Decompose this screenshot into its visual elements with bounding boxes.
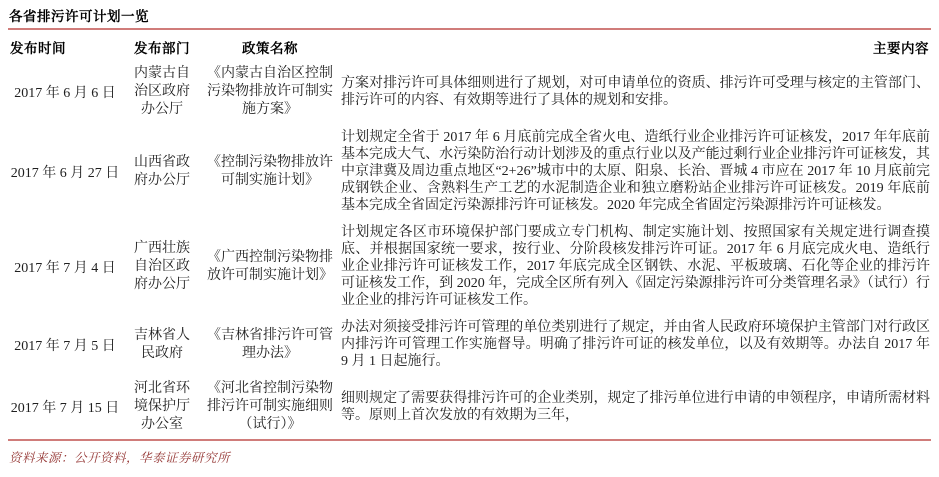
column-header-content: 主要内容 (338, 30, 931, 60)
department-text: 山西省政府办公厅 (132, 154, 192, 190)
table-row: 2017 年 6 月 27 日 山西省政府办公厅 《控制污染物排放许可制实施计划… (8, 124, 931, 219)
date-cell: 2017 年 7 月 4 日 (8, 219, 122, 314)
department-text: 广西壮族自治区政府办公厅 (132, 240, 192, 294)
content-cell: 细则规定了需要获得排污许可的企业类别，规定了排污单位进行申请的申领程序，申请所需… (338, 375, 931, 439)
content-cell: 计划规定全省于 2017 年 6 月底前完成全省火电、造纸行业企业排污许可证核发… (338, 124, 931, 219)
table-row: 2017 年 6 月 6 日 内蒙古自治区政府办公厅 《内蒙古自治区控制污染物排… (8, 60, 931, 124)
policy-text: 《控制污染物排放许可制实施计划》 (204, 154, 336, 190)
policy-text: 《吉林省排污许可管理办法》 (204, 327, 336, 363)
table-body: 2017 年 6 月 6 日 内蒙古自治区政府办公厅 《内蒙古自治区控制污染物排… (8, 60, 931, 439)
policy-text: 《河北省控制污染物排污许可制实施细则（试行）》 (204, 380, 336, 434)
bottom-rule (8, 439, 931, 441)
department-text: 河北省环境保护厅办公室 (132, 380, 192, 434)
column-header-policy: 政策名称 (202, 30, 338, 60)
content-cell: 办法对须接受排污许可管理的单位类别进行了规定，并由省人民政府环境保护主管部门对行… (338, 314, 931, 375)
policy-cell: 《河北省控制污染物排污许可制实施细则（试行）》 (202, 375, 338, 439)
table-row: 2017 年 7 月 5 日 吉林省人民政府 《吉林省排污许可管理办法》 办法对… (8, 314, 931, 375)
title-rule (8, 28, 931, 30)
permits-table: 发布时间 发布部门 政策名称 主要内容 2017 年 6 月 6 日 内蒙古自治… (8, 30, 931, 439)
policy-text: 《内蒙古自治区控制污染物排放许可制实施方案》 (204, 65, 336, 119)
header-row: 发布时间 发布部门 政策名称 主要内容 (8, 30, 931, 60)
column-header-department: 发布部门 (122, 30, 202, 60)
policy-text: 《广西控制污染物排放许可制实施计划》 (204, 249, 336, 285)
source-note: 资料来源：公开资料，华泰证券研究所 (8, 441, 931, 466)
department-cell: 河北省环境保护厅办公室 (122, 375, 202, 439)
table-row: 2017 年 7 月 4 日 广西壮族自治区政府办公厅 《广西控制污染物排放许可… (8, 219, 931, 314)
policy-cell: 《广西控制污染物排放许可制实施计划》 (202, 219, 338, 314)
department-cell: 吉林省人民政府 (122, 314, 202, 375)
content-cell: 方案对排污许可具体细则进行了规划，对可申请单位的资质、排污许可受理与核定的主管部… (338, 60, 931, 124)
date-cell: 2017 年 6 月 27 日 (8, 124, 122, 219)
department-text: 内蒙古自治区政府办公厅 (132, 65, 192, 119)
department-cell: 内蒙古自治区政府办公厅 (122, 60, 202, 124)
policy-cell: 《控制污染物排放许可制实施计划》 (202, 124, 338, 219)
department-cell: 山西省政府办公厅 (122, 124, 202, 219)
department-text: 吉林省人民政府 (132, 327, 192, 363)
policy-cell: 《吉林省排污许可管理办法》 (202, 314, 338, 375)
date-cell: 2017 年 7 月 5 日 (8, 314, 122, 375)
column-header-date: 发布时间 (8, 30, 122, 60)
report-page: 各省排污许可计划一览 发布时间 发布部门 政策名称 主要内容 2017 年 6 … (0, 0, 939, 477)
page-title: 各省排污许可计划一览 (8, 3, 931, 28)
table-header: 发布时间 发布部门 政策名称 主要内容 (8, 30, 931, 60)
content-cell: 计划规定各区市环境保护部门要成立专门机构、制定实施计划、按照国家有关规定进行调查… (338, 219, 931, 314)
policy-cell: 《内蒙古自治区控制污染物排放许可制实施方案》 (202, 60, 338, 124)
department-cell: 广西壮族自治区政府办公厅 (122, 219, 202, 314)
date-cell: 2017 年 7 月 15 日 (8, 375, 122, 439)
date-cell: 2017 年 6 月 6 日 (8, 60, 122, 124)
table-row: 2017 年 7 月 15 日 河北省环境保护厅办公室 《河北省控制污染物排污许… (8, 375, 931, 439)
